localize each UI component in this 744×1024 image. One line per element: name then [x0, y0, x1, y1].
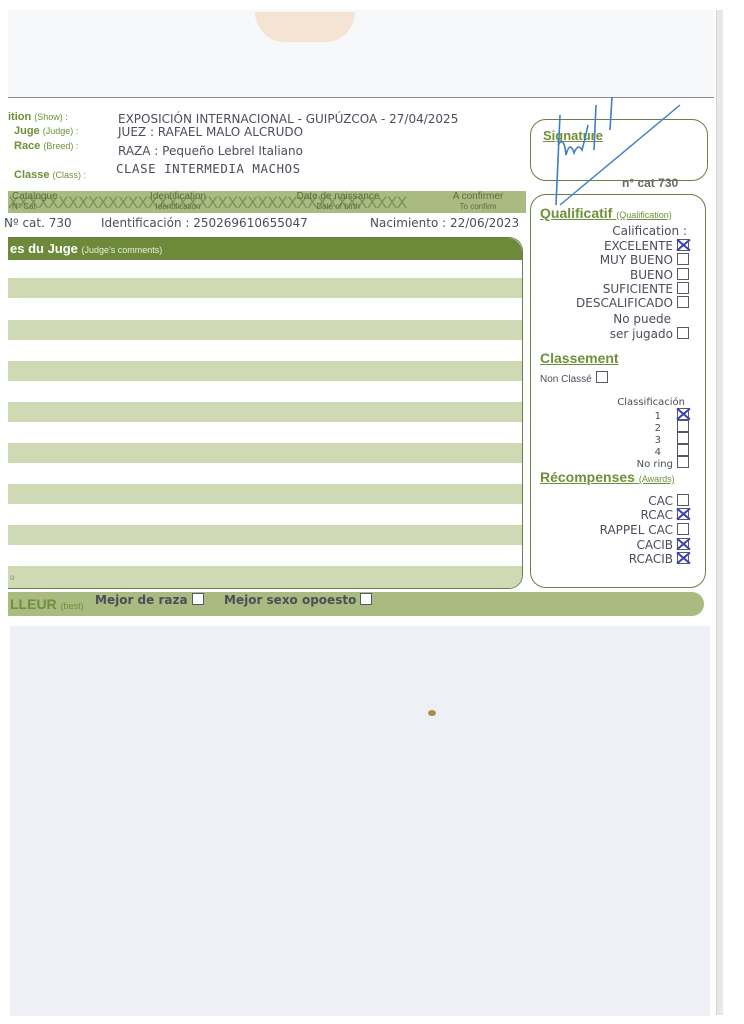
- qual-option-muy-bueno[interactable]: MUY BUENO: [600, 253, 689, 267]
- comment-line: [8, 525, 522, 545]
- comments-footer: o: [10, 573, 14, 582]
- entry-header-strip: XXXXXXXXXXXXXXXXXXXXXXXXXXXXXXXXXXXXXXXX…: [8, 191, 526, 213]
- class-value: CLASE INTERMEDIA MACHOS: [116, 161, 301, 176]
- show-label: ition (Show) :: [8, 111, 68, 123]
- judge-label: Juge (Judge) :: [14, 125, 78, 137]
- identification-number: Identificación : 250269610655047: [101, 216, 308, 230]
- checkbox-class-2[interactable]: [677, 420, 689, 432]
- comment-line: [8, 320, 522, 340]
- checkbox-best-of-breed[interactable]: [192, 593, 204, 605]
- award-option-rcacib[interactable]: RCACIB: [629, 552, 689, 566]
- judge-value: JUEZ : RAFAEL MALO ALCRUDO: [118, 125, 303, 139]
- comments-header: es du Juge (Judge's comments): [8, 238, 522, 260]
- comment-line: [8, 566, 522, 588]
- scan-right-edge: [716, 10, 723, 1015]
- comment-line: [8, 278, 522, 298]
- qual-option-bueno[interactable]: BUENO: [630, 268, 689, 282]
- best-bar: LLEUR (best) Mejor de raza Mejor sexo op…: [8, 592, 704, 616]
- checkbox-class-3[interactable]: [677, 432, 689, 444]
- best-title: LLEUR (best): [10, 596, 84, 612]
- comment-line: [8, 361, 522, 381]
- class-label: Classe (Class) :: [14, 169, 86, 181]
- award-option-cac[interactable]: CAC: [648, 494, 689, 508]
- qual-option-descalificado[interactable]: DESCALIFICADO: [576, 296, 689, 310]
- checkbox-rcac[interactable]: [677, 508, 689, 520]
- paper-stain: [255, 12, 355, 42]
- show-value: EXPOSICIÓN INTERNACIONAL - GUIPÚZCOA - 2…: [118, 112, 458, 126]
- col-confirm: A confirmerTo confirm: [428, 192, 526, 212]
- paper-speck: [428, 710, 436, 716]
- class-option-no-ring[interactable]: No ring: [637, 456, 689, 470]
- breed-value: RAZA : Pequeño Lebrel Italiano: [118, 144, 303, 158]
- birth-date: Nacimiento : 22/06/2023: [370, 216, 519, 230]
- awards-title: Récompenses (Awards): [540, 469, 675, 485]
- checkbox-muy-bueno[interactable]: [677, 253, 689, 265]
- checkbox-class-1[interactable]: [677, 408, 689, 420]
- qual-option-excelente[interactable]: EXCELENTE: [604, 239, 689, 253]
- scan-blank-area: [10, 626, 710, 1016]
- checkbox-non-classe[interactable]: [596, 371, 608, 383]
- judge-comments-box[interactable]: es du Juge (Judge's comments) o: [8, 237, 523, 589]
- col-birth: Date de naissanceDate of birth: [278, 192, 398, 212]
- checkbox-bueno[interactable]: [677, 268, 689, 280]
- award-option-rcac[interactable]: RCAC: [641, 508, 690, 522]
- non-classe-option[interactable]: Non Classé: [540, 371, 608, 385]
- comment-line: [8, 484, 522, 504]
- checkbox-suficiente[interactable]: [677, 282, 689, 294]
- scan-top-margin: [8, 10, 714, 98]
- results-box: Qualificatif (Qualification) Calificatio…: [530, 194, 706, 588]
- qual-option-no-judge[interactable]: ser jugado: [610, 327, 689, 341]
- checkbox-rcacib[interactable]: [677, 552, 689, 564]
- breed-label: Race (Breed) :: [14, 140, 78, 152]
- checkbox-excelente[interactable]: [677, 239, 689, 251]
- best-of-breed-option[interactable]: Mejor de raza: [95, 593, 204, 607]
- award-option-rappel-cac[interactable]: RAPPEL CAC: [600, 523, 689, 537]
- checkbox-cacib[interactable]: [677, 538, 689, 550]
- checkbox-rappel-cac[interactable]: [677, 523, 689, 535]
- classification-heading: Classificación: [617, 397, 685, 408]
- signature-box[interactable]: Signature: [530, 119, 708, 181]
- checkbox-descalificado[interactable]: [677, 296, 689, 308]
- col-identification: IdentificationIdentification: [128, 192, 228, 212]
- qual-no-judge-line1: No puede: [613, 312, 671, 326]
- checkbox-cac[interactable]: [677, 494, 689, 506]
- best-opposite-sex-option[interactable]: Mejor sexo opoesto: [224, 593, 372, 607]
- qualification-title: Qualificatif (Qualification): [540, 205, 672, 221]
- award-option-cacib[interactable]: CACIB: [636, 538, 689, 552]
- checkbox-best-opposite-sex[interactable]: [360, 593, 372, 605]
- comment-line: [8, 443, 522, 463]
- catalogue-number: Nº cat. 730: [4, 216, 72, 230]
- checkbox-no-ring[interactable]: [677, 456, 689, 468]
- qual-option-suficiente[interactable]: SUFICIENTE: [603, 282, 689, 296]
- checkbox-no-judge[interactable]: [677, 327, 689, 339]
- comment-line: [8, 402, 522, 422]
- qualification-heading: Calification :: [612, 224, 687, 238]
- classement-title: Classement: [540, 350, 619, 366]
- checkbox-class-4[interactable]: [677, 444, 689, 456]
- signature-cat-number: n° cat 730: [622, 176, 678, 190]
- col-catalogue: CatalogueN° Cat: [12, 192, 82, 212]
- signature-title: Signature: [543, 128, 603, 143]
